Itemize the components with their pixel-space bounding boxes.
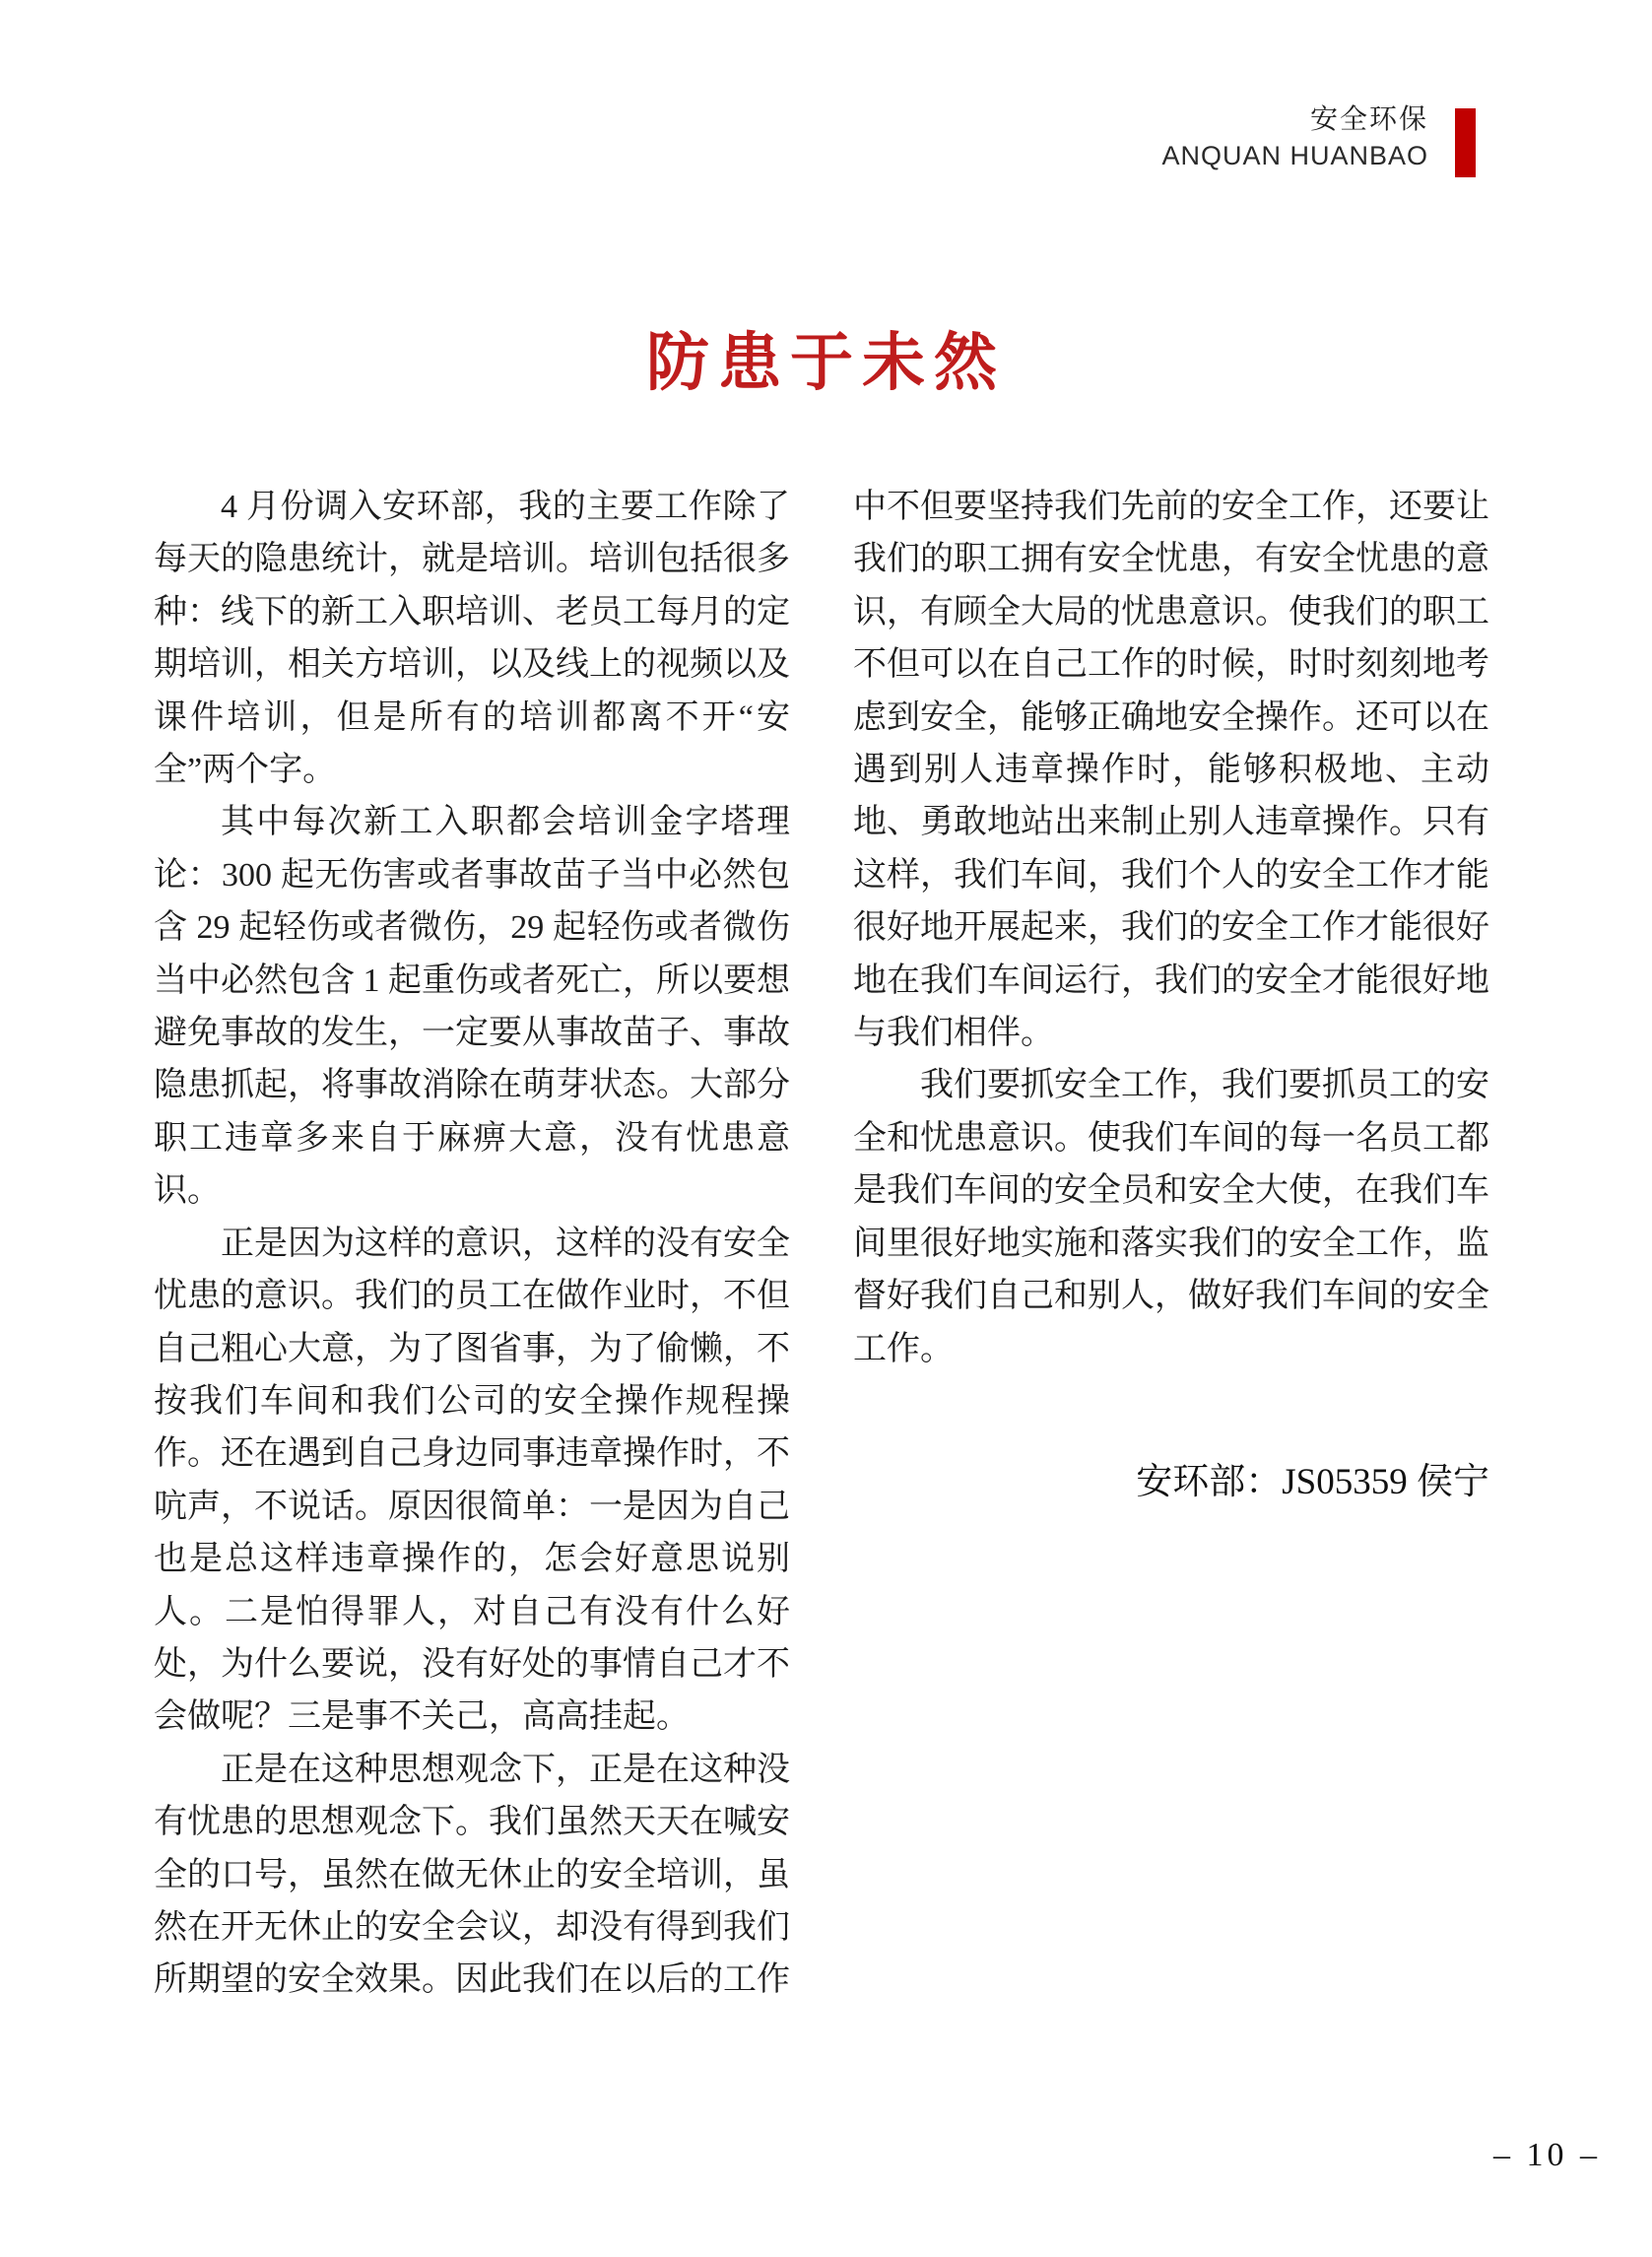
article-title: 防患于未然 [0,325,1652,400]
header-accent-bar [1455,108,1476,177]
body-paragraph: 正是因为这样的意识，这样的没有安全忧患的意识。我们的员工在做作业时，不但自己粗心… [154,1218,790,1744]
body-paragraph: 其中每次新工入职都会培训金字塔理论：300 起无伤害或者事故苗子当中必然包含 2… [154,796,790,1217]
body-paragraph: 4 月份调入安环部，我的主要工作除了每天的隐患统计，就是培训。培训包括很多种：线… [154,481,790,796]
page-number: – 10 – [1493,2136,1601,2175]
body-paragraph: 我们要抓安全工作，我们要抓员工的安全和忧患意识。使我们车间的每一名员工都是我们车… [853,1059,1489,1374]
right-column: 中不但要坚持我们先前的安全工作，还要让我们的职工拥有安全忧患，有安全忧患的意识，… [853,481,1489,1505]
running-header: 安全环保 ANQUAN HUANBAO [1161,104,1476,177]
author-byline: 安环部：JS05359 侯宁 [853,1460,1489,1505]
body-paragraph: 正是在这种思想观念下，正是在这种没有忧患的思想观念下。我们虽然天天在喊安全的口号… [154,1744,790,2007]
document-page: 安全环保 ANQUAN HUANBAO 防患于未然 4 月份调入安环部，我的主要… [0,0,1652,2257]
left-column: 4 月份调入安环部，我的主要工作除了每天的隐患统计，就是培训。培训包括很多种：线… [154,481,790,2007]
body-paragraph-continuation: 中不但要坚持我们先前的安全工作，还要让我们的职工拥有安全忧患，有安全忧患的意识，… [853,481,1489,1059]
section-title-en: ANQUAN HUANBAO [1161,142,1428,170]
running-header-text: 安全环保 ANQUAN HUANBAO [1161,104,1428,170]
section-title-zh: 安全环保 [1161,104,1428,136]
